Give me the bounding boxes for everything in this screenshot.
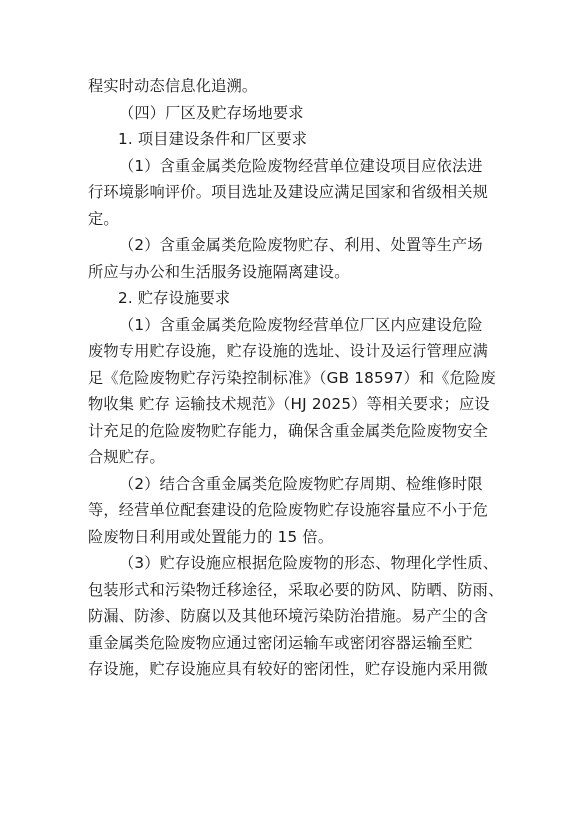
paragraph-line: 险废物日利用或处置能力的 15 倍。 bbox=[88, 524, 492, 551]
paragraph-line: 行环境影响评价。项目选址及建设应满足国家和省级相关规 bbox=[88, 179, 492, 206]
section-heading-4: （四）厂区及贮存场地要求 bbox=[88, 100, 492, 127]
paragraph-line: 等，经营单位配套建设的危险废物贮存设施容量应不小于危 bbox=[88, 497, 492, 524]
paragraph-line: 足《危险废物贮存污染控制标准》（GB 18597）和《危险废 bbox=[88, 365, 492, 392]
paragraph-line: 所应与办公和生活服务设施隔离建设。 bbox=[88, 259, 492, 286]
paragraph-line: （2）结合含重金属类危险废物贮存周期、检维修时限 bbox=[88, 471, 492, 498]
paragraph-line: （1）含重金属类危险废物经营单位建设项目应依法进 bbox=[88, 153, 492, 180]
paragraph-line: （2）含重金属类危险废物贮存、利用、处置等生产场 bbox=[88, 232, 492, 259]
document-page: 程实时动态信息化追溯。 （四）厂区及贮存场地要求 1. 项目建设条件和厂区要求 … bbox=[88, 73, 492, 683]
paragraph-line: （3）贮存设施应根据危险废物的形态、物理化学性质、 bbox=[88, 550, 492, 577]
subsection-heading-1: 1. 项目建设条件和厂区要求 bbox=[88, 126, 492, 153]
paragraph-line: （1）含重金属类危险废物经营单位厂区内应建设危险 bbox=[88, 312, 492, 339]
paragraph-line: 重金属类危险废物应通过密闭运输车或密闭容器运输至贮 bbox=[88, 630, 492, 657]
paragraph-line: 程实时动态信息化追溯。 bbox=[88, 73, 492, 100]
paragraph-line: 合规贮存。 bbox=[88, 444, 492, 471]
paragraph-line: 存设施，贮存设施应具有较好的密闭性，贮存设施内采用微 bbox=[88, 656, 492, 683]
paragraph-line: 计充足的危险废物贮存能力，确保含重金属类危险废物安全 bbox=[88, 418, 492, 445]
paragraph-line: 废物专用贮存设施，贮存设施的选址、设计及运行管理应满 bbox=[88, 338, 492, 365]
paragraph-line: 防漏、防渗、防腐以及其他环境污染防治措施。易产尘的含 bbox=[88, 603, 492, 630]
paragraph-line: 定。 bbox=[88, 206, 492, 233]
subsection-heading-2: 2. 贮存设施要求 bbox=[88, 285, 492, 312]
paragraph-line: 物收集 贮存 运输技术规范》（HJ 2025）等相关要求；应设 bbox=[88, 391, 492, 418]
paragraph-line: 包装形式和污染物迁移途径，采取必要的防风、防晒、防雨、 bbox=[88, 577, 492, 604]
